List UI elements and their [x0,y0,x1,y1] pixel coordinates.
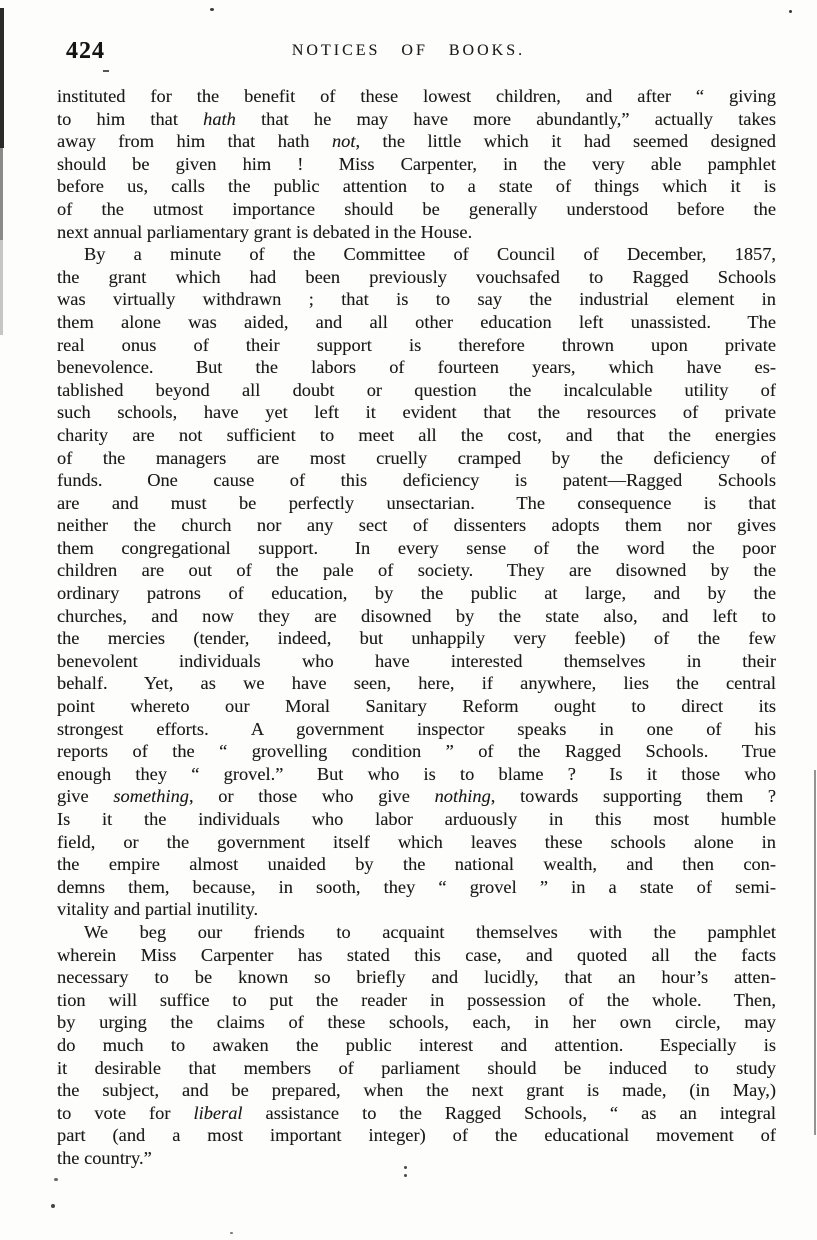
text-line: vitality and partial inutility. [57,898,776,921]
scan-speck [103,70,109,72]
paragraph: By a minute of the Committee of Council … [57,243,776,921]
text-line: to vote for liberal assistance to the Ra… [57,1102,776,1125]
scan-speck [51,1204,55,1208]
scanned-book-page: 424 NOTICES OF BOOKS. instituted for the… [0,0,817,1240]
text-line: was virtually withdrawn ; that is to say… [57,288,776,311]
text-line: neither the church nor any sect of disse… [57,514,776,537]
text-line: before us, calls the public attention to… [57,175,776,198]
text-line: should be given him ! Miss Carpenter, in… [57,153,776,176]
scan-speck [789,10,792,13]
text-line: to him that hath that he may have more a… [57,108,776,131]
text-line: tion will suffice to put the reader in p… [57,989,776,1012]
scan-edge-line [0,148,3,240]
text-line: strongest efforts. A government inspecto… [57,718,776,741]
text-line: children are out of the pale of society.… [57,559,776,582]
text-line: Is it the individuals who labor arduousl… [57,808,776,831]
text-line: tablished beyond all doubt or question t… [57,379,776,402]
text-line: by urging the claims of these schools, e… [57,1011,776,1034]
text-line: behalf. Yet, as we have seen, here, if a… [57,672,776,695]
text-line: give something, or those who give nothin… [57,785,776,808]
scan-speck [404,1166,407,1169]
text-line: wherein Miss Carpenter has stated this c… [57,944,776,967]
text-line: benevolent individuals who have interest… [57,650,776,673]
text-line: point whereto our Moral Sanitary Reform … [57,695,776,718]
text-line: We beg our friends to acquaint themselve… [57,921,776,944]
text-line: the grant which had been previously vouc… [57,266,776,289]
text-line: By a minute of the Committee of Council … [57,243,776,266]
paragraph: instituted for the benefit of these lowe… [57,85,776,243]
text-line: the empire almost unaided by the nationa… [57,853,776,876]
text-line: demns them, because, in sooth, they “ gr… [57,876,776,899]
body-text: instituted for the benefit of these lowe… [57,85,776,1170]
scan-speck [404,1174,407,1177]
text-line: churches, and now they are disowned by t… [57,605,776,628]
text-line: such schools, have yet left it evident t… [57,401,776,424]
text-line: the subject, and be prepared, when the n… [57,1079,776,1102]
text-line: it desirable that members of parliament … [57,1057,776,1080]
paragraph: We beg our friends to acquaint themselve… [57,921,776,1170]
text-line: enough they “ grovel.” But who is to bla… [57,763,776,786]
text-line: benevolence. But the labors of fourteen … [57,356,776,379]
text-line: real onus of their support is therefore … [57,334,776,357]
text-line: reports of the “ grovelling condition ” … [57,740,776,763]
scan-edge-line [0,8,4,148]
text-line: are and must be perfectly unsectarian. T… [57,492,776,515]
scan-speck [54,1178,58,1181]
scan-speck [210,8,214,11]
text-line: the mercies (tender, indeed, but unhappi… [57,627,776,650]
text-line: ordinary patrons of education, by the pu… [57,582,776,605]
text-line: do much to awaken the public interest an… [57,1034,776,1057]
text-line: them alone was aided, and all other educ… [57,311,776,334]
running-head-title: NOTICES OF BOOKS. [0,42,817,60]
text-line: funds. One cause of this deficiency is p… [57,469,776,492]
text-line: field, or the government itself which le… [57,831,776,854]
scan-speck [230,1232,233,1234]
text-line: the country.” [57,1147,776,1170]
text-line: part (and a most important integer) of t… [57,1124,776,1147]
scan-edge-line [0,240,3,335]
text-line: them congregational support. In every se… [57,537,776,560]
scan-edge-line [814,770,816,1135]
text-line: necessary to be known so briefly and luc… [57,966,776,989]
text-line: of the managers are most cruelly cramped… [57,447,776,470]
text-line: instituted for the benefit of these lowe… [57,85,776,108]
text-line: charity are not sufficient to meet all t… [57,424,776,447]
text-line: away from him that hath not, the little … [57,130,776,153]
text-line: next annual parliamentary grant is debat… [57,221,776,244]
text-line: of the utmost importance should be gener… [57,198,776,221]
